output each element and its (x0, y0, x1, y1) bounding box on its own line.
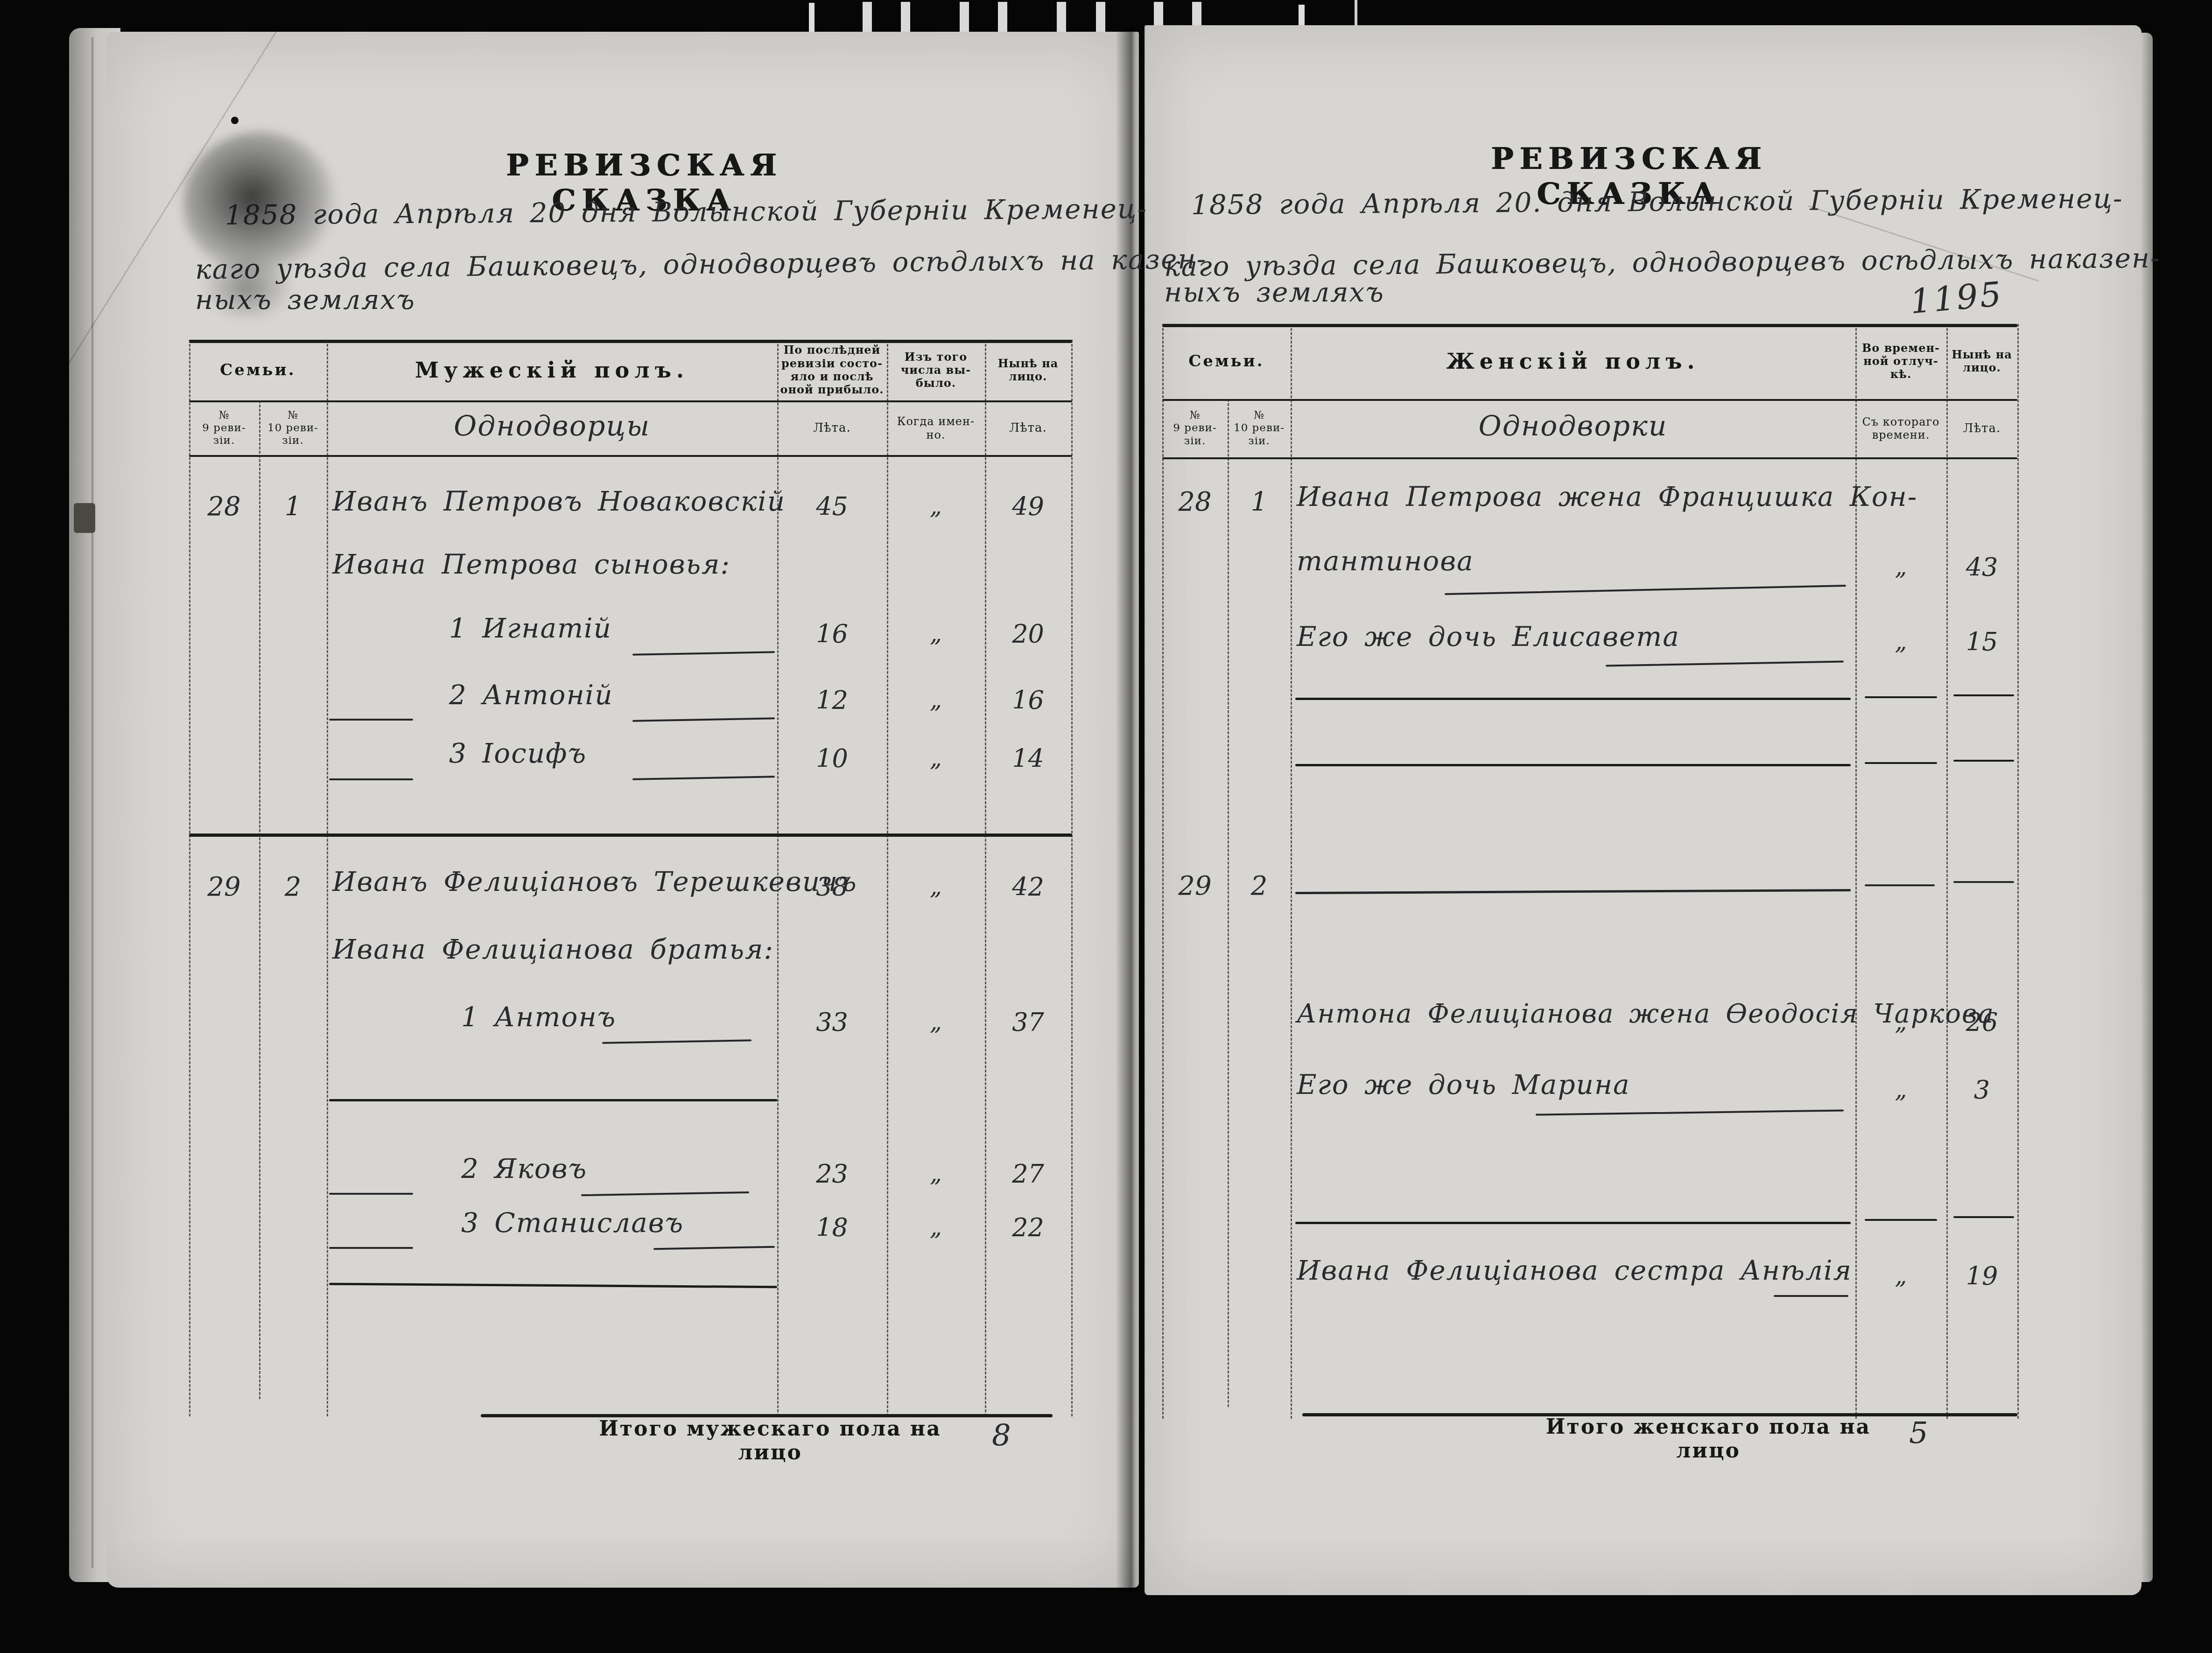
right-sub-rev9: № 9 реви- зіи. (1162, 400, 1228, 457)
ditto-mark: „ (887, 999, 985, 1045)
person-name: 3 Станиславъ (461, 1207, 684, 1239)
left-table-family-separator (189, 834, 1072, 837)
left-table-subheader-divider (189, 455, 1072, 457)
age-previous: 10 (777, 735, 887, 782)
age-previous: 45 (777, 483, 887, 530)
family-number-10th: 1 (259, 483, 327, 530)
left-sub-years-prev: Лѣта. (777, 401, 887, 455)
person-name: 2 Антоній (449, 679, 613, 711)
ditto-mark: „ (1855, 618, 1946, 665)
age-previous: 16 (777, 610, 887, 657)
person-name: 1 Антонъ (461, 1001, 616, 1033)
right-footer-total: 5 (1909, 1416, 1928, 1450)
ditto-mark: „ (1855, 1066, 1946, 1113)
row-rule (1295, 1222, 1851, 1224)
age-now: 15 (1946, 618, 2017, 665)
left-sub-rev10: № 10 реви- зіи. (259, 401, 327, 455)
lead-dash (329, 1193, 413, 1195)
left-col-present: Нынѣ на лицо. (985, 340, 1071, 400)
left-sub-years-now: Лѣта. (985, 401, 1071, 455)
left-col-sex: Мужескій полъ. (327, 340, 777, 400)
right-col-present: Нынѣ на лицо. (1946, 324, 2017, 399)
right-footer-label: Итого женскаго пола на лицо (1526, 1422, 1890, 1455)
person-name: Его же дочь Марина (1297, 1069, 1630, 1100)
right-preamble-line3: ныхъ земляхъ (1164, 276, 1384, 308)
left-footer-label: Итого мужескаго пола на лицо (572, 1424, 969, 1457)
lead-dash (329, 1247, 413, 1249)
right-table-vline-right (2017, 324, 2019, 1419)
name-underscore (1774, 1295, 1848, 1297)
left-col-prev-revision: По послѣдней ревизіи состо- яло и послѣ … (777, 340, 887, 400)
age-now: 14 (985, 735, 1071, 782)
ditto-mark: „ (887, 677, 985, 723)
family-number-10th: 1 (1228, 478, 1291, 525)
family-number-10th: 2 (1228, 862, 1291, 909)
ditto-mark: „ (887, 1150, 985, 1197)
family-subheading: Ивана Фелиціанова братья: (332, 933, 774, 965)
blank-entry-dash (1865, 884, 1935, 886)
person-name: Ивана Фелиціанова сестра Анѣлія (1297, 1254, 1852, 1286)
family-number-9th: 29 (1162, 862, 1228, 909)
row-rule-dash (1953, 760, 2014, 762)
row-rule (1295, 764, 1851, 766)
family-subheading: Ивана Петрова сыновья: (332, 548, 730, 580)
family-number-9th: 28 (1162, 478, 1228, 525)
left-col-families: Семьи. (189, 340, 327, 400)
person-name: Ивана Петрова жена Францишка Кон- (1297, 481, 1917, 512)
age-now: 37 (985, 999, 1071, 1045)
lead-dash (329, 778, 413, 780)
row-rule-dash (1865, 762, 1937, 764)
right-sub-years: Лѣта. (1946, 400, 2017, 457)
person-name: тантинова (1297, 545, 1474, 577)
blank-entry-dash (1953, 881, 2014, 883)
left-col-departed: Изъ того числа вы- было. (887, 340, 985, 400)
age-now: 20 (985, 610, 1071, 657)
left-sub-when: Когда имен- но. (887, 401, 985, 455)
ink-smudge-small (201, 252, 294, 322)
ditto-mark: „ (1855, 999, 1946, 1045)
age-now: 42 (985, 863, 1071, 910)
name-column-rule (329, 1099, 777, 1101)
age-now: 22 (985, 1204, 1071, 1251)
left-page-edge-streak (91, 37, 93, 1568)
row-rule-dash (1953, 1216, 2014, 1218)
age-previous: 38 (777, 863, 887, 910)
family-number-10th: 2 (259, 863, 327, 910)
person-name: Его же дочь Елисавета (1297, 621, 1680, 652)
age-previous: 18 (777, 1204, 887, 1251)
right-page-number: 1195 (1909, 274, 2005, 321)
right-sub-since: Съ котораго времени. (1855, 400, 1946, 457)
age-now: 27 (985, 1150, 1071, 1197)
age-now: 43 (1946, 544, 2017, 590)
age-now: 49 (985, 483, 1071, 530)
left-page-edge-notch (74, 503, 95, 533)
ditto-mark: „ (887, 610, 985, 657)
left-preamble-line1: 1858 года Апрѣля 20 дня Волынской Губерн… (225, 193, 1147, 231)
ditto-mark: „ (1855, 544, 1946, 590)
right-preamble-line1: 1858 года Апрѣля 20. дня Волынской Губер… (1191, 182, 2123, 221)
person-name: 3 Іосифъ (449, 737, 587, 769)
ink-dot (231, 117, 239, 124)
age-now: 26 (1946, 999, 2017, 1045)
row-rule-dash (1953, 694, 2014, 696)
age-previous: 12 (777, 677, 887, 723)
left-sub-rev9: № 9 реви- зіи. (189, 401, 259, 455)
family-number-9th: 28 (189, 483, 259, 530)
right-col-families: Семьи. (1162, 324, 1291, 399)
age-previous: 23 (777, 1150, 887, 1197)
left-table-vline-right (1071, 340, 1073, 1416)
left-group-title: Однодворцы (327, 399, 777, 453)
age-now: 16 (985, 677, 1071, 723)
person-name: 1 Игнатій (449, 612, 612, 644)
right-col-absence: Во времен- ной отлуч- кѣ. (1855, 324, 1946, 399)
right-group-title: Однодворки (1291, 398, 1855, 455)
right-col-sex: Женскій полъ. (1291, 324, 1855, 399)
person-name: 2 Яковъ (461, 1153, 587, 1184)
row-rule-dash (1865, 696, 1937, 698)
left-footer-total: 8 (992, 1419, 1011, 1453)
row-rule-dash (1865, 1219, 1937, 1221)
microfilm-scan: РЕВИЗСКАЯ СКАЗКА 1858 года Апрѣля 20 дня… (0, 0, 2212, 1653)
right-sub-rev10: № 10 реви- зіи. (1228, 400, 1291, 457)
person-name: Иванъ Петровъ Новаковскій (332, 485, 786, 517)
age-previous: 33 (777, 999, 887, 1045)
lead-dash (329, 719, 413, 721)
ditto-mark: „ (887, 863, 985, 910)
ditto-mark: „ (1855, 1253, 1946, 1299)
ditto-mark: „ (887, 1204, 985, 1251)
ditto-mark: „ (887, 735, 985, 782)
right-table-vline-name (1291, 324, 1292, 1419)
age-now: 19 (1946, 1253, 2017, 1299)
left-table-vline-name (327, 340, 328, 1416)
family-number-9th: 29 (189, 863, 259, 910)
row-rule (1295, 698, 1851, 700)
age-now: 3 (1946, 1066, 2017, 1113)
ditto-mark: „ (887, 483, 985, 530)
